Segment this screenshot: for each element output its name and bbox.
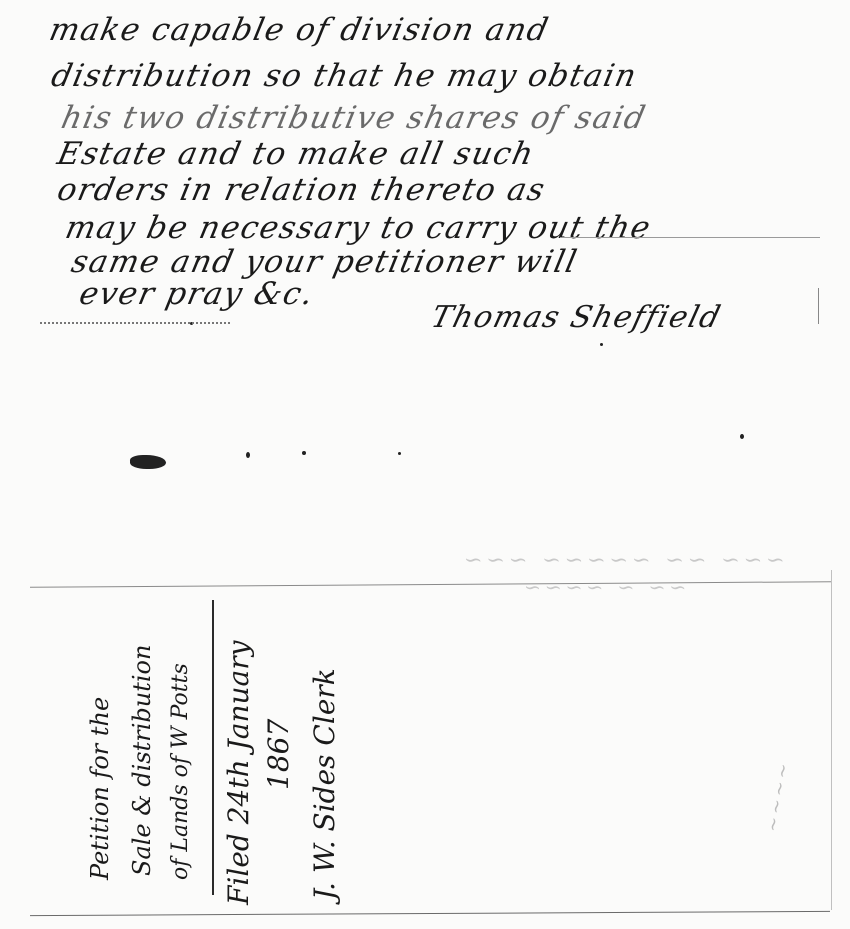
panel-right-edge	[831, 570, 832, 910]
docket-title-line-1: Petition for the	[86, 697, 114, 880]
margin-tick	[818, 288, 819, 324]
body-line-1: make capable of division and	[46, 12, 552, 48]
body-line-3: his two distributive shares of said	[58, 100, 649, 136]
body-line-4: Estate and to make all such	[54, 136, 538, 172]
signature: Thomas Sheffield	[428, 300, 725, 335]
margin-note: ~~~~	[762, 759, 795, 834]
document-page: make capable of division and distributio…	[0, 0, 850, 929]
ink-speck	[398, 452, 401, 455]
ink-blot	[130, 455, 166, 469]
docket-clerk-line: J. W. Sides Clerk	[308, 668, 341, 900]
ink-speck	[740, 434, 744, 439]
dotted-leader	[40, 322, 230, 324]
docket-title-line-3: of Lands of W Potts	[168, 663, 193, 880]
bleed-through-writing: ~~~ ~~ ~~~~~ ~~~	[458, 548, 787, 573]
docket-filed-line-1: Filed 24th January	[222, 641, 255, 905]
body-line-2: distribution so that he may obtain	[48, 58, 641, 94]
faint-rule	[560, 237, 820, 238]
ink-speck	[302, 451, 306, 455]
fold-line	[30, 581, 832, 588]
body-line-5: orders in relation thereto as	[54, 172, 549, 208]
docket-filed-year: 1867	[262, 719, 295, 790]
bottom-edge-line	[30, 911, 830, 916]
body-line-8: ever pray &c.	[76, 276, 317, 312]
docket-divider	[212, 600, 214, 895]
docket-title-line-2: Sale & distribution	[128, 645, 156, 876]
bleed-through-writing-2: ~~ ~ ~~~~	[518, 575, 688, 599]
ink-speck	[600, 343, 603, 346]
body-line-7: same and your petitioner will	[68, 244, 581, 280]
body-line-6: may be necessary to carry out the	[62, 210, 654, 246]
ink-speck	[246, 452, 250, 458]
